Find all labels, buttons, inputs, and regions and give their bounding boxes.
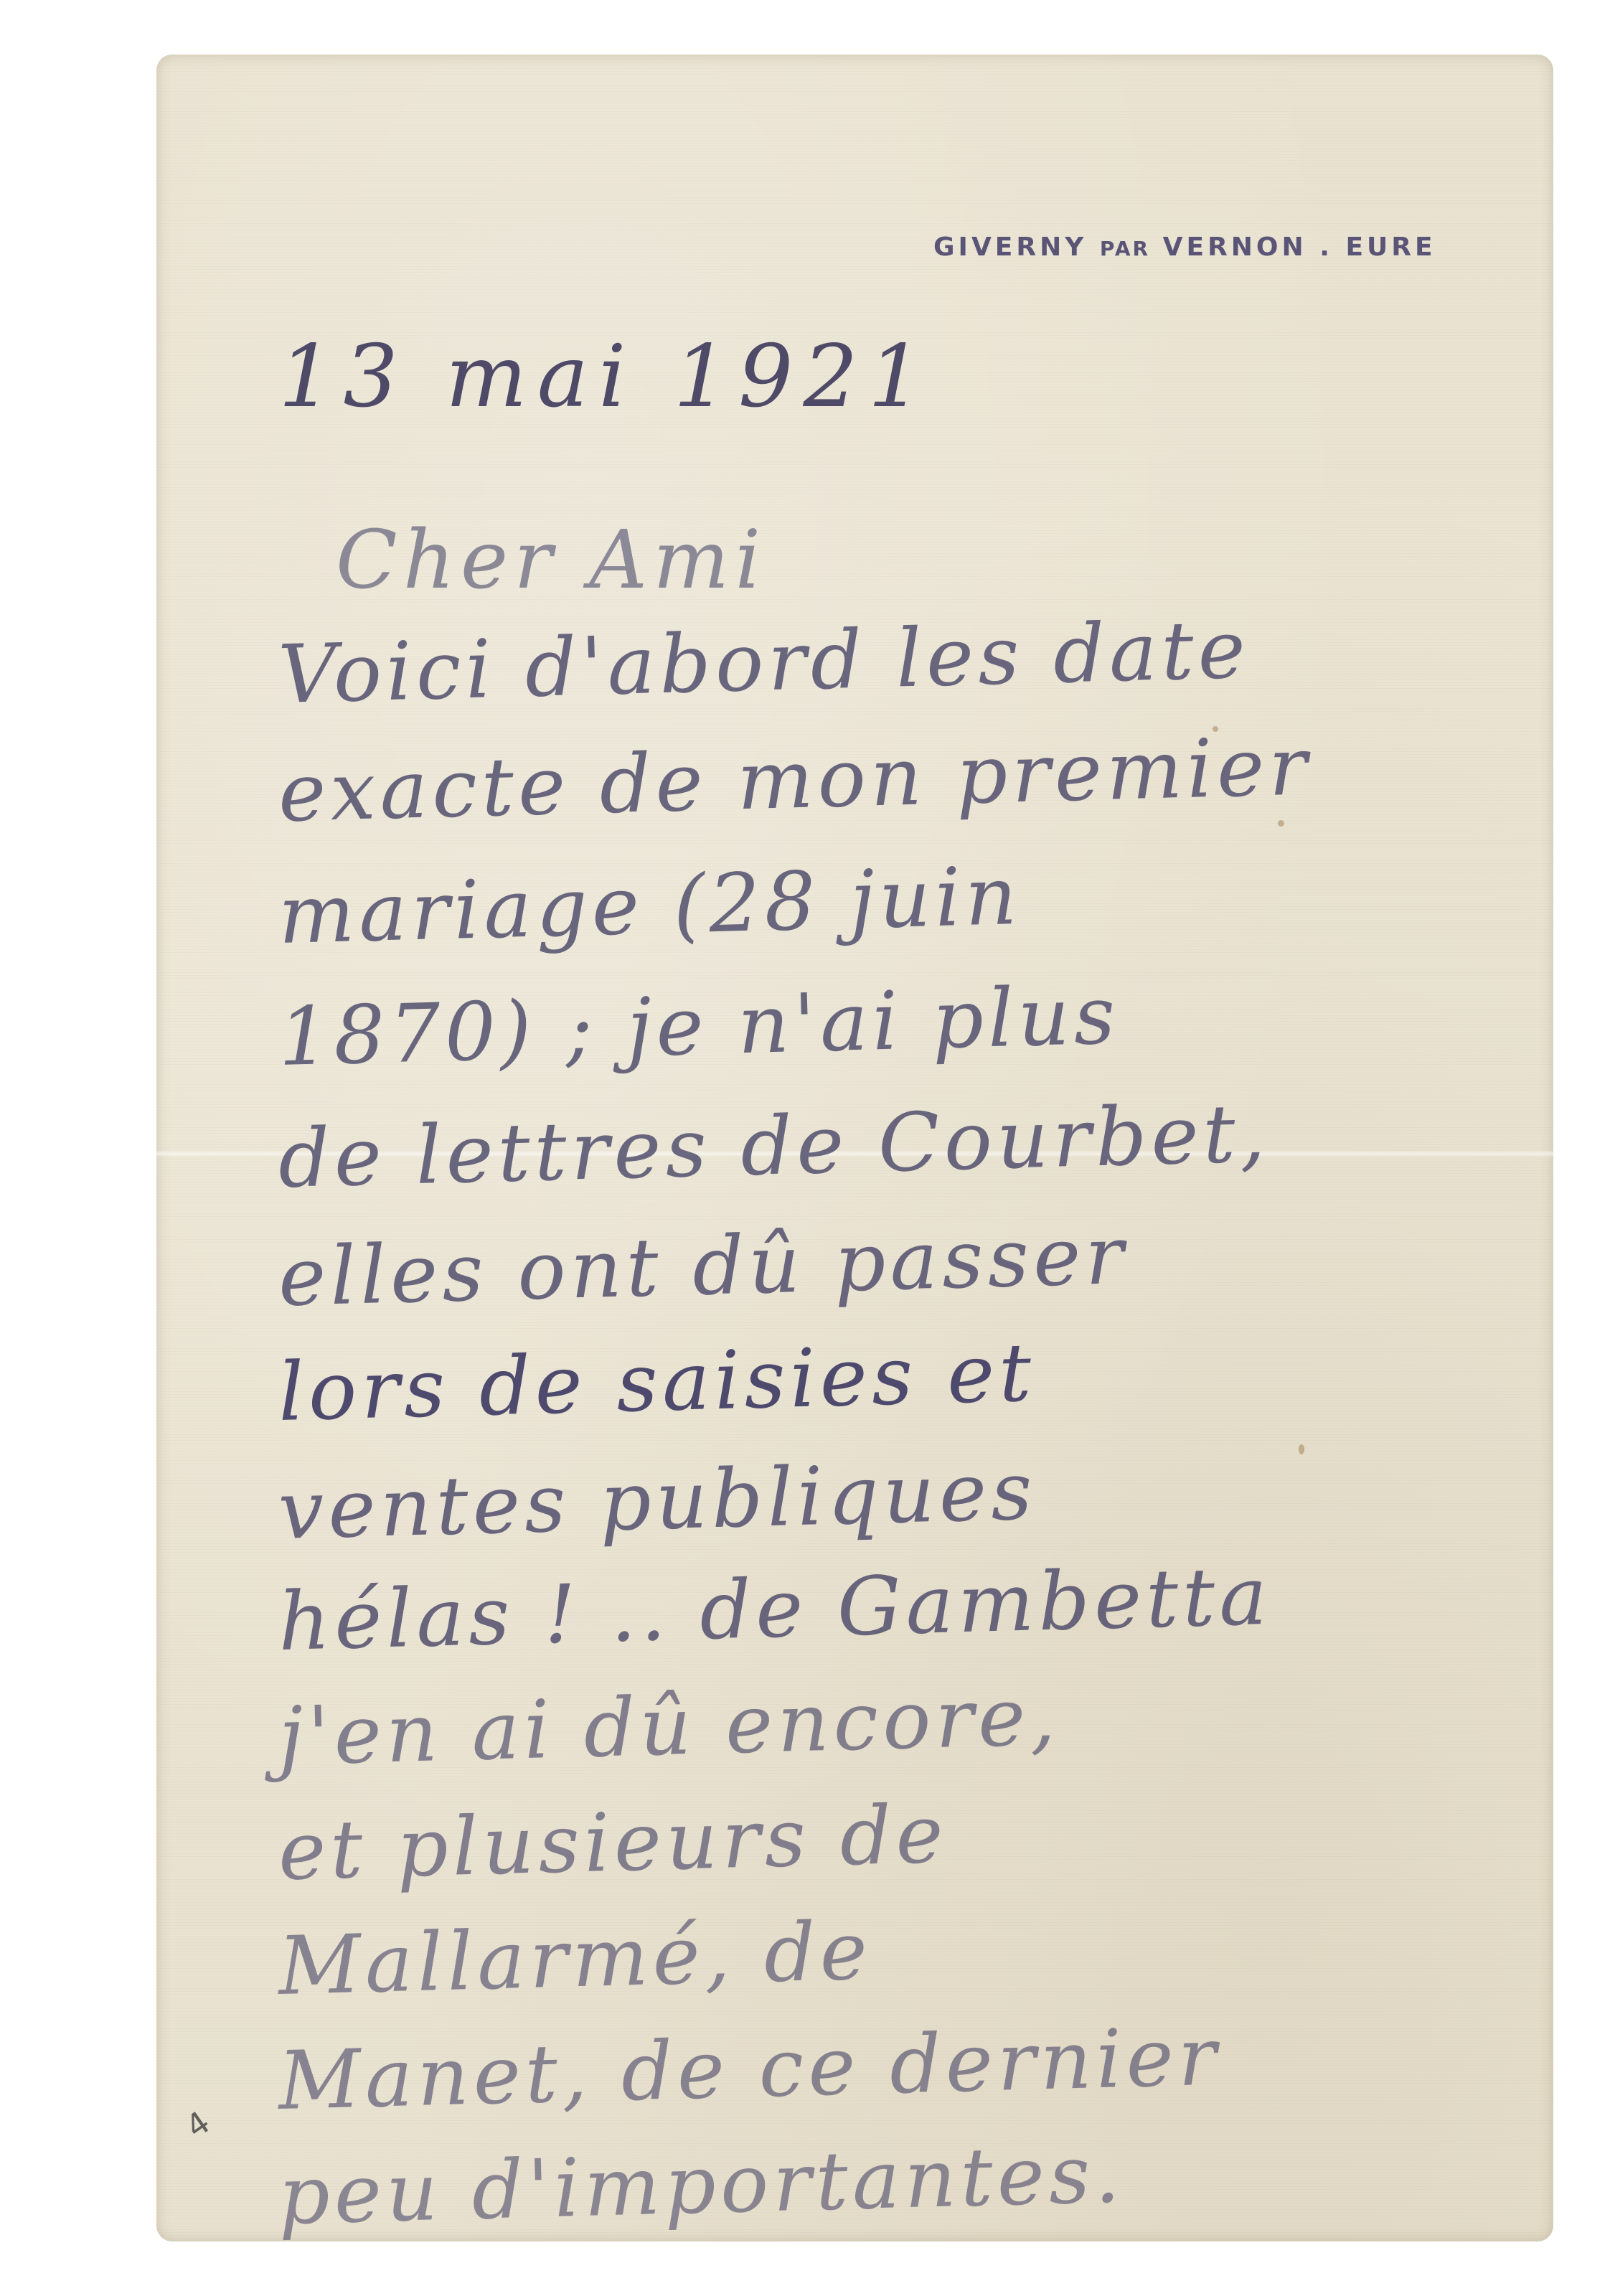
body-line: elles ont dû passer: [277, 1209, 1129, 1325]
body-line: mariage (28 juin: [277, 850, 1022, 962]
corner-pencil-mark: 4: [179, 2104, 217, 2146]
foxing-spot: [1213, 726, 1218, 732]
body-line: de lettres de Courbet,: [277, 1087, 1270, 1206]
body-line: exacte de mon premier: [277, 720, 1312, 840]
body-line: 1870) ; je n'ai plus: [277, 969, 1121, 1084]
letterhead-place: GIVERNY: [933, 232, 1087, 262]
letterhead: GIVERNY PAR VERNON . EURE: [933, 232, 1436, 262]
body-line: lors de saisies et: [277, 1326, 1037, 1439]
letterhead-town: VERNON: [1163, 232, 1307, 262]
body-line: et plusieurs de: [277, 1788, 948, 1899]
body-line: peu d'importantes.: [277, 2127, 1125, 2243]
body-line: hélas ! .. de Gambetta: [277, 1550, 1272, 1669]
body-line: Voici d'abord les date: [277, 603, 1251, 722]
letter-paper: GIVERNY PAR VERNON . EURE 13 mai 1921 Ch…: [156, 55, 1553, 2241]
body-line: j'en ai dû encore,: [277, 1670, 1060, 1784]
letterhead-separator: .: [1319, 232, 1333, 262]
letterhead-connector: PAR: [1100, 237, 1150, 260]
body-line: ventes publiques: [277, 1444, 1037, 1558]
salutation: Cher Ami: [336, 514, 766, 607]
body-line: Mallarmé, de: [277, 1904, 872, 2013]
letter-date: 13 mai 1921: [278, 327, 933, 427]
letterhead-region: EURE: [1345, 232, 1436, 262]
foxing-spot: [1278, 820, 1284, 827]
body-line: Manet, de ce dernier: [277, 2010, 1222, 2128]
foxing-spot: [1299, 1444, 1304, 1454]
